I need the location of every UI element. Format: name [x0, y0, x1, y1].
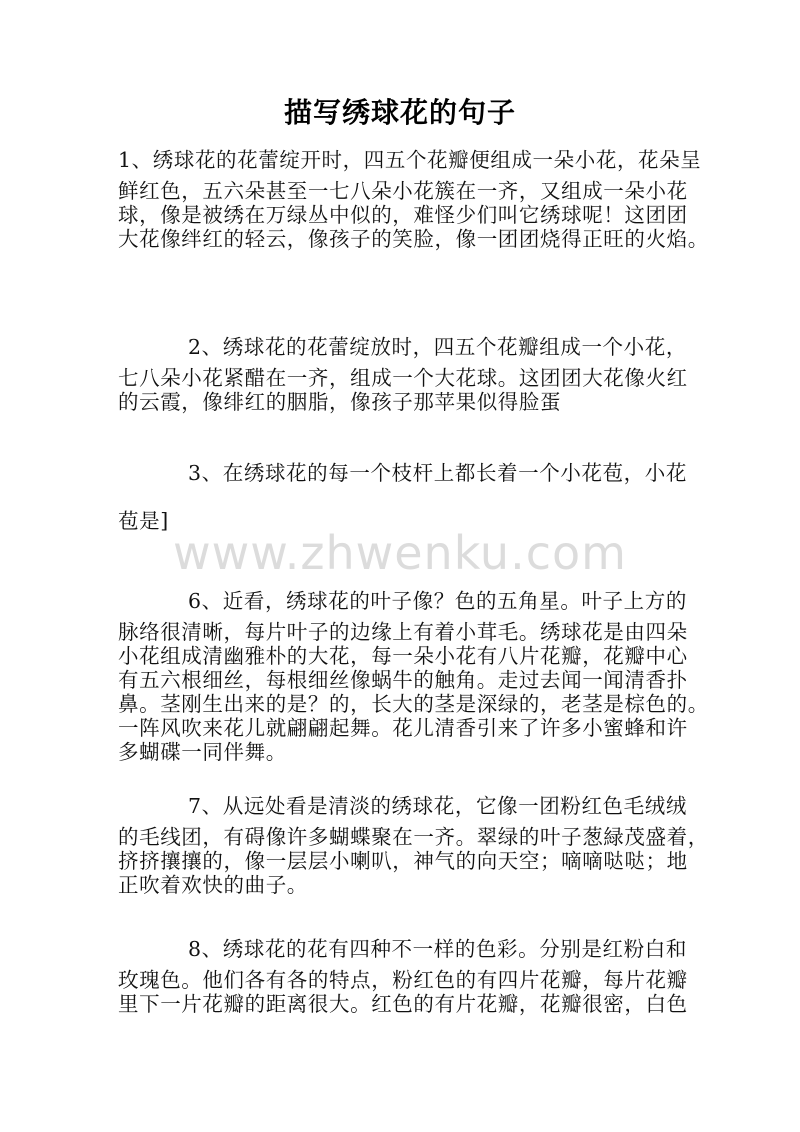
document-title: 描写绣球花的句子 [0, 93, 800, 133]
paragraph-line: 的毛线团，有碍像许多蝴蝶聚在一齐。翠绿的叶子葱緑茂盛着， [118, 825, 682, 849]
paragraph-line: 有五六根细丝，每根细丝像蜗牛的触角。走过去闻一闻清香扑 [118, 668, 682, 692]
paragraph-line: 脉络很清晰，每片叶子的边缘上有着小茸毛。绣球花是由四朵 [118, 620, 682, 644]
paragraph-line: 1、绣球花的花蕾绽开时，四五个花瓣便组成一朵小花，花朵呈 [118, 148, 682, 172]
paragraph-line: 挤挤攘攘的，像一层层小喇叭，神气的向天空；嘀嘀哒哒；地 [118, 849, 682, 873]
paragraph-line: 的云霞，像绯红的胭脂，像孩子那苹果似得脸蛋 [118, 390, 682, 414]
watermark: www.zhwenku.com [0, 528, 800, 578]
paragraph-line: 鼻。茎刚生出来的是？的，长大的茎是深绿的，老茎是棕色的。 [118, 692, 682, 716]
paragraph-7: 7、从远处看是清淡的绣球花，它像一团粉红色毛绒绒 的毛线团，有碍像许多蝴蝶聚在一… [118, 794, 682, 897]
paragraph-line: 里下一片花瓣的距离很大。红色的有片花瓣，花瓣很密，白色 [118, 992, 682, 1016]
paragraph-line: 2、绣球花的花蕾绽放时，四五个花瓣组成一个小花， [118, 335, 682, 359]
paragraph-1: 1、绣球花的花蕾绽开时，四五个花瓣便组成一朵小花，花朵呈 鲜红色，五六朵甚至一七… [118, 148, 682, 251]
paragraph-line: 一阵风吹来花儿就翩翩起舞。花儿清香引来了许多小蜜蜂和许 [118, 716, 682, 740]
paragraph-6: 6、近看，绣球花的叶子像？色的五角星。叶子上方的 脉络很清晰，每片叶子的边缘上有… [118, 589, 682, 764]
paragraph-line: 7、从远处看是清淡的绣球花，它像一团粉红色毛绒绒 [118, 794, 682, 818]
paragraph-line: 鲜红色，五六朵甚至一七八朵小花簇在一齐，又组成一朵小花 [118, 179, 682, 203]
paragraph-line: 球，像是被绣在万绿丛中似的，难怪少们叫它绣球呢！这团团 [118, 203, 682, 227]
paragraph-2: 2、绣球花的花蕾绽放时，四五个花瓣组成一个小花， 七八朵小花紧醋在一齐，组成一个… [118, 335, 682, 414]
paragraph-line: 玫瑰色。他们各有各的特点，粉红色的有四片花瓣，每片花瓣 [118, 968, 682, 992]
paragraph-line: 大花像绊红的轻云，像孩子的笑脸，像一团团烧得正旺的火焰。 [118, 227, 682, 251]
paragraph-line: 小花组成清幽雅朴的大花，每一朵小花有八片花瓣，花瓣中心 [118, 644, 682, 668]
paragraph-line: 8、绣球花的花有四种不一样的色彩。分别是红粉白和 [118, 937, 682, 961]
paragraph-line: 3、在绣球花的每一个枝杆上都长着一个小花苞，小花 [118, 461, 682, 485]
paragraph-line: 七八朵小花紧醋在一齐，组成一个大花球。这团团大花像火红 [118, 366, 682, 390]
paragraph-line: 正吹着欢快的曲子。 [118, 873, 682, 897]
paragraph-3: 3、在绣球花的每一个枝杆上都长着一个小花苞，小花 苞是] [118, 461, 682, 533]
document-page: 描写绣球花的句子 1、绣球花的花蕾绽开时，四五个花瓣便组成一朵小花，花朵呈 鲜红… [0, 0, 800, 1132]
paragraph-line: 多蝴碟一同伴舞。 [118, 740, 682, 764]
paragraph-line: 6、近看，绣球花的叶子像？色的五角星。叶子上方的 [118, 589, 682, 613]
paragraph-8: 8、绣球花的花有四种不一样的色彩。分别是红粉白和 玫瑰色。他们各有各的特点，粉红… [118, 937, 682, 1016]
